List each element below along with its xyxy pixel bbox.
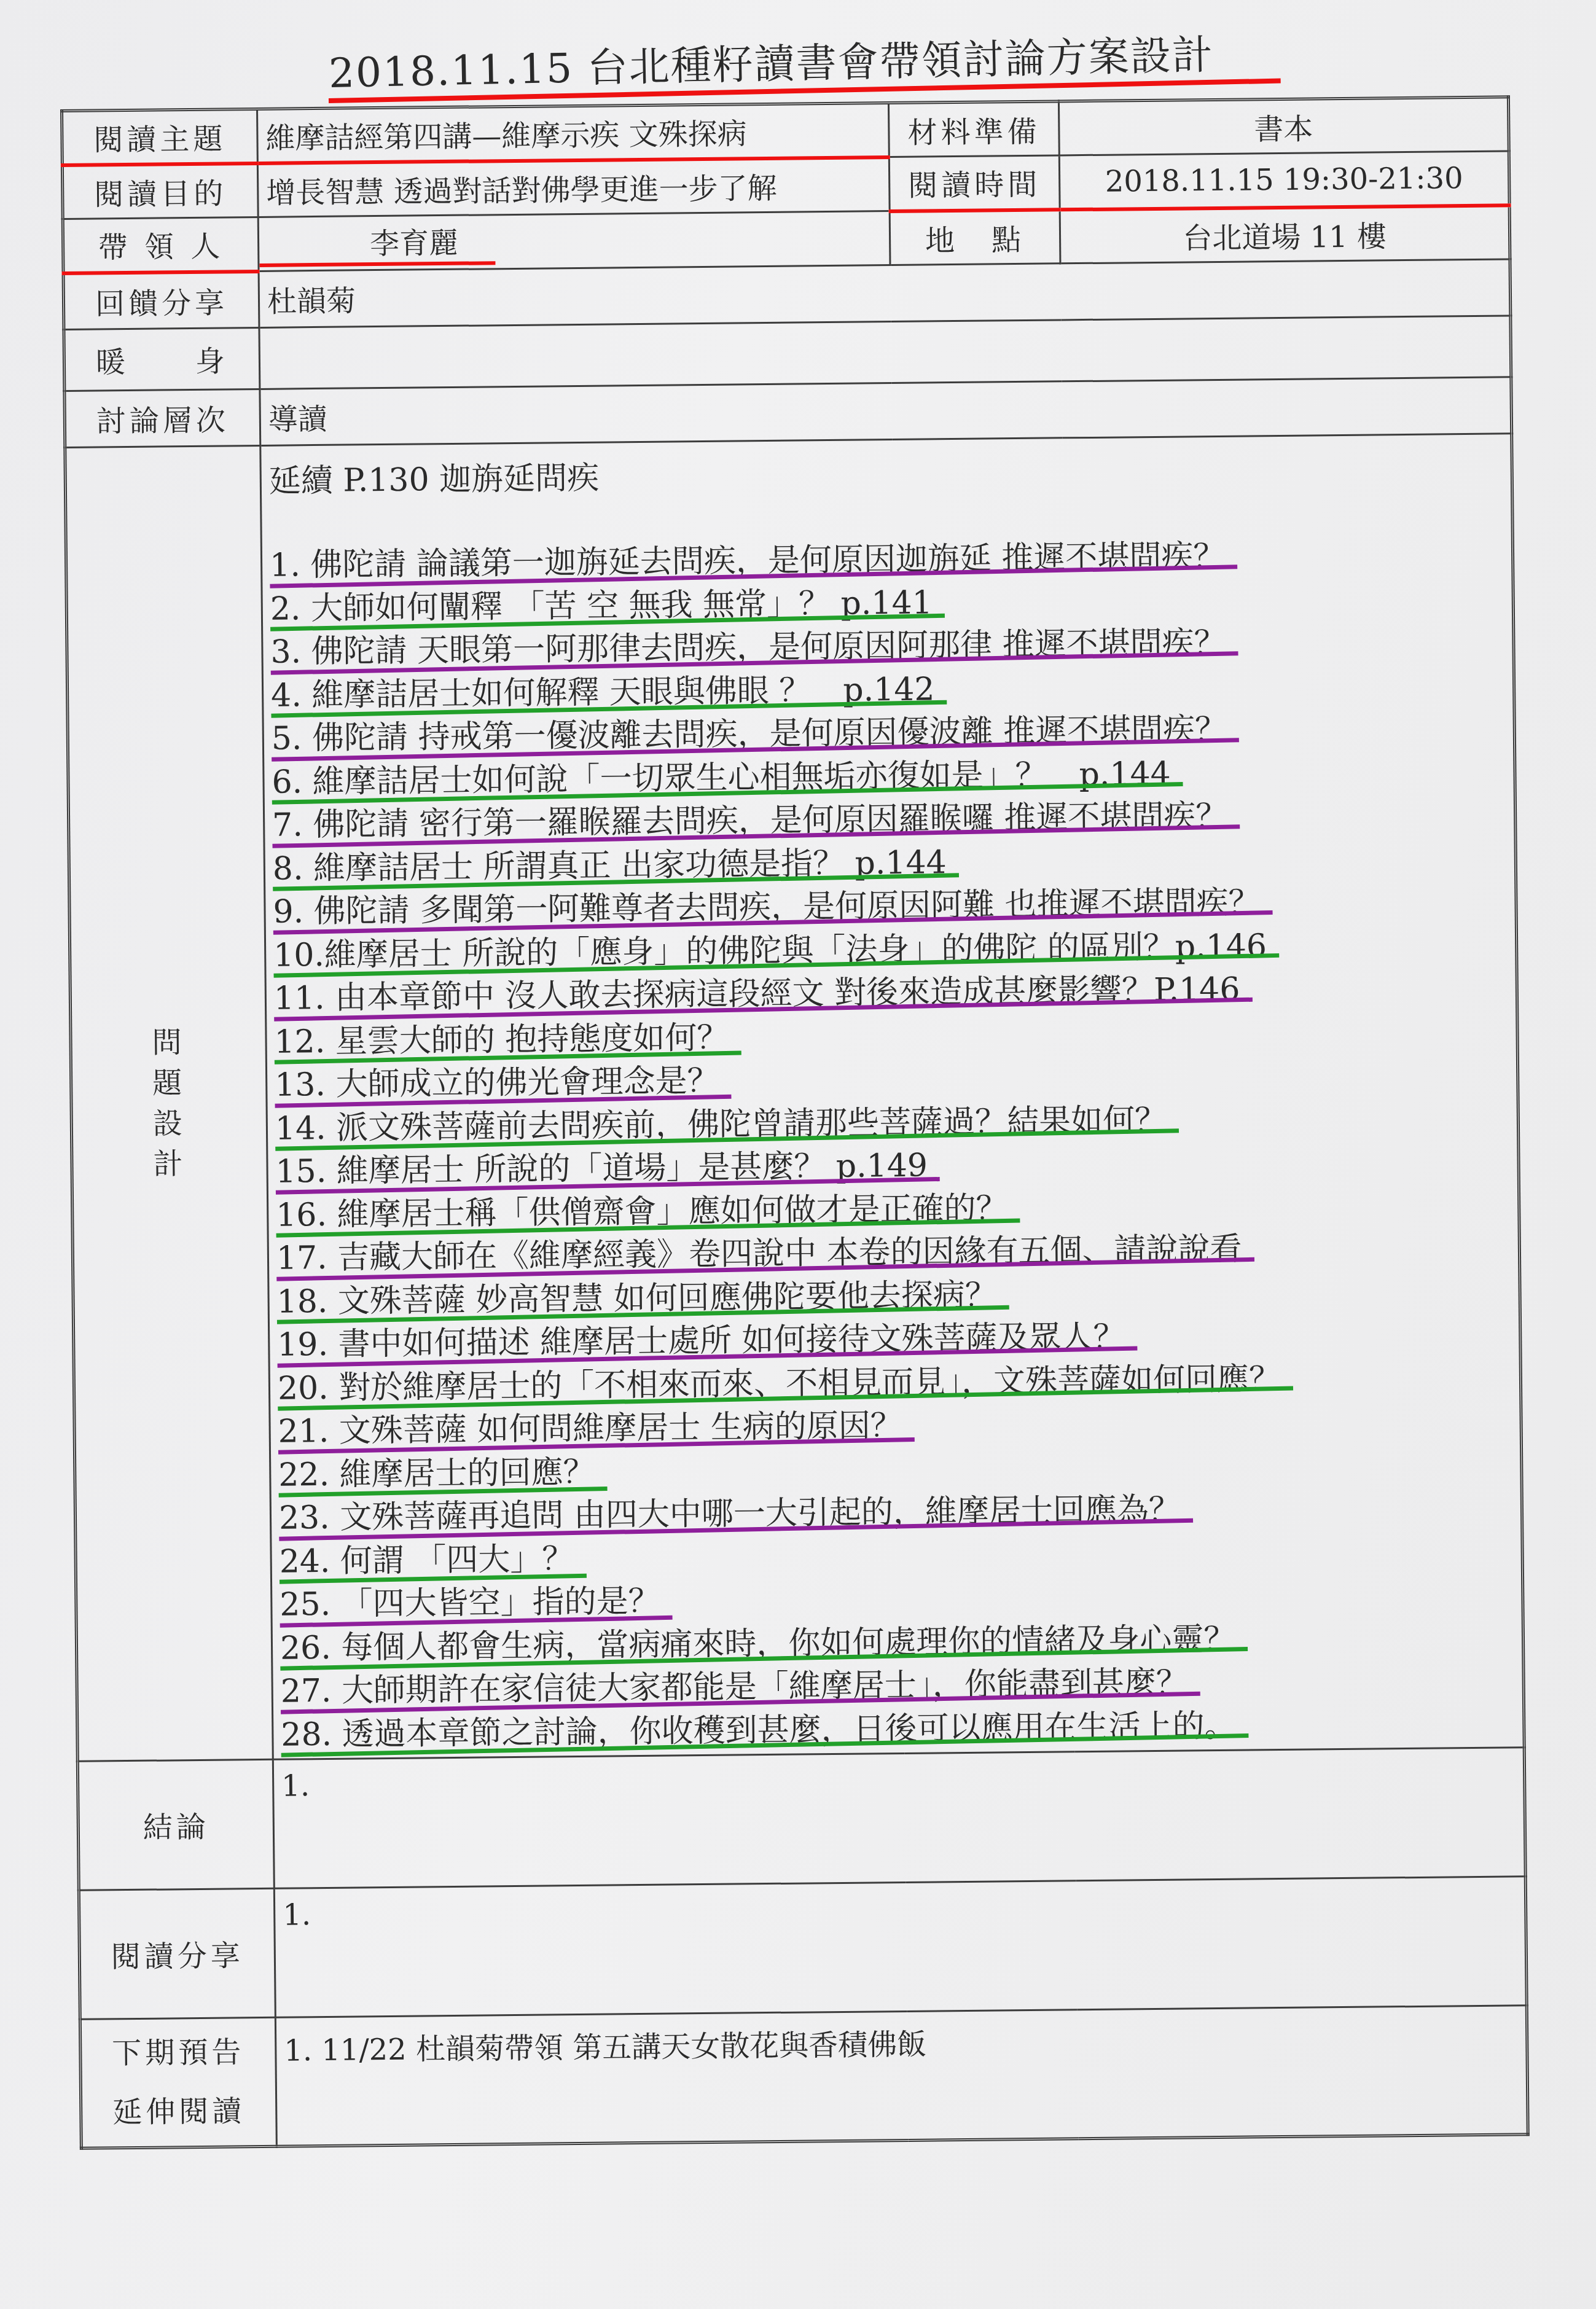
discussion-plan-form: 閱讀主題 維摩詰經第四講—維摩示疾 文殊探病 材料準備 書本 閱讀目的 增長智慧… <box>60 95 1531 2271</box>
leader-name: 李育麗 <box>259 219 496 267</box>
label-materials: 材料準備 <box>889 101 1060 157</box>
form-table: 閱讀主題 維摩詰經第四講—維摩示疾 文殊探病 材料準備 書本 閱讀目的 增長智慧… <box>60 95 1530 2150</box>
label-leader: 帶 領 人 <box>63 217 259 273</box>
label-extended-reading: 延伸閱讀 <box>90 2082 268 2143</box>
value-reading-share: 1. <box>274 1877 1527 2018</box>
value-conclusion: 1. <box>273 1748 1525 1889</box>
value-next-preview: 1. 11/22 杜韻菊帶領 第五講天女散花與香積佛飯 <box>275 2006 1528 2147</box>
label-next-preview-line1: 下期預告 <box>89 2023 268 2084</box>
paper-page: 2018.11.15 台北種籽讀書會帶領討論方案設計 閱讀主題 維摩詰經第四講—… <box>0 0 1596 2309</box>
label-char: 問 <box>79 1022 258 1064</box>
value-reading-time: 2018.11.15 19:30-21:30 <box>1059 151 1509 209</box>
label-location: 地 點 <box>890 209 1060 265</box>
label-next-preview: 下期預告 延伸閱讀 <box>80 2017 276 2148</box>
label-char: 題 <box>80 1062 259 1104</box>
value-location: 台北道場 11 樓 <box>1060 205 1510 264</box>
value-reading-topic: 維摩詰經第四講—維摩示疾 文殊探病 <box>257 103 890 163</box>
label-feedback-share: 回饋分享 <box>63 271 259 329</box>
label-reading-share: 閱讀分享 <box>79 1888 275 2019</box>
label-reading-purpose: 閱讀目的 <box>62 163 258 219</box>
label-conclusion: 結論 <box>77 1759 274 1890</box>
label-discussion-level: 討論層次 <box>65 389 260 447</box>
value-warmup <box>259 316 1511 389</box>
value-leader: 李育麗 <box>258 211 890 272</box>
label-char: 設 <box>80 1103 259 1145</box>
value-materials: 書本 <box>1059 97 1509 155</box>
label-reading-topic: 閱讀主題 <box>62 109 258 165</box>
label-char: 計 <box>80 1143 259 1186</box>
label-question-design: 問 題 設 計 <box>65 445 273 1761</box>
question-list: 延續 P.130 迦旃延問疾 1. 佛陀請 論議第一迦旃延去問疾，是何原因迦旃延… <box>260 434 1524 1759</box>
value-reading-purpose: 增長智慧 透過對話對佛學更進一步了解 <box>257 157 890 217</box>
label-warmup: 暖 身 <box>64 327 260 391</box>
questions-container: 1. 佛陀請 論議第一迦旃延去問疾，是何原因迦旃延 推遲不堪問疾？2. 大師如何… <box>270 534 1516 1758</box>
label-reading-time: 閱讀時間 <box>889 155 1060 211</box>
